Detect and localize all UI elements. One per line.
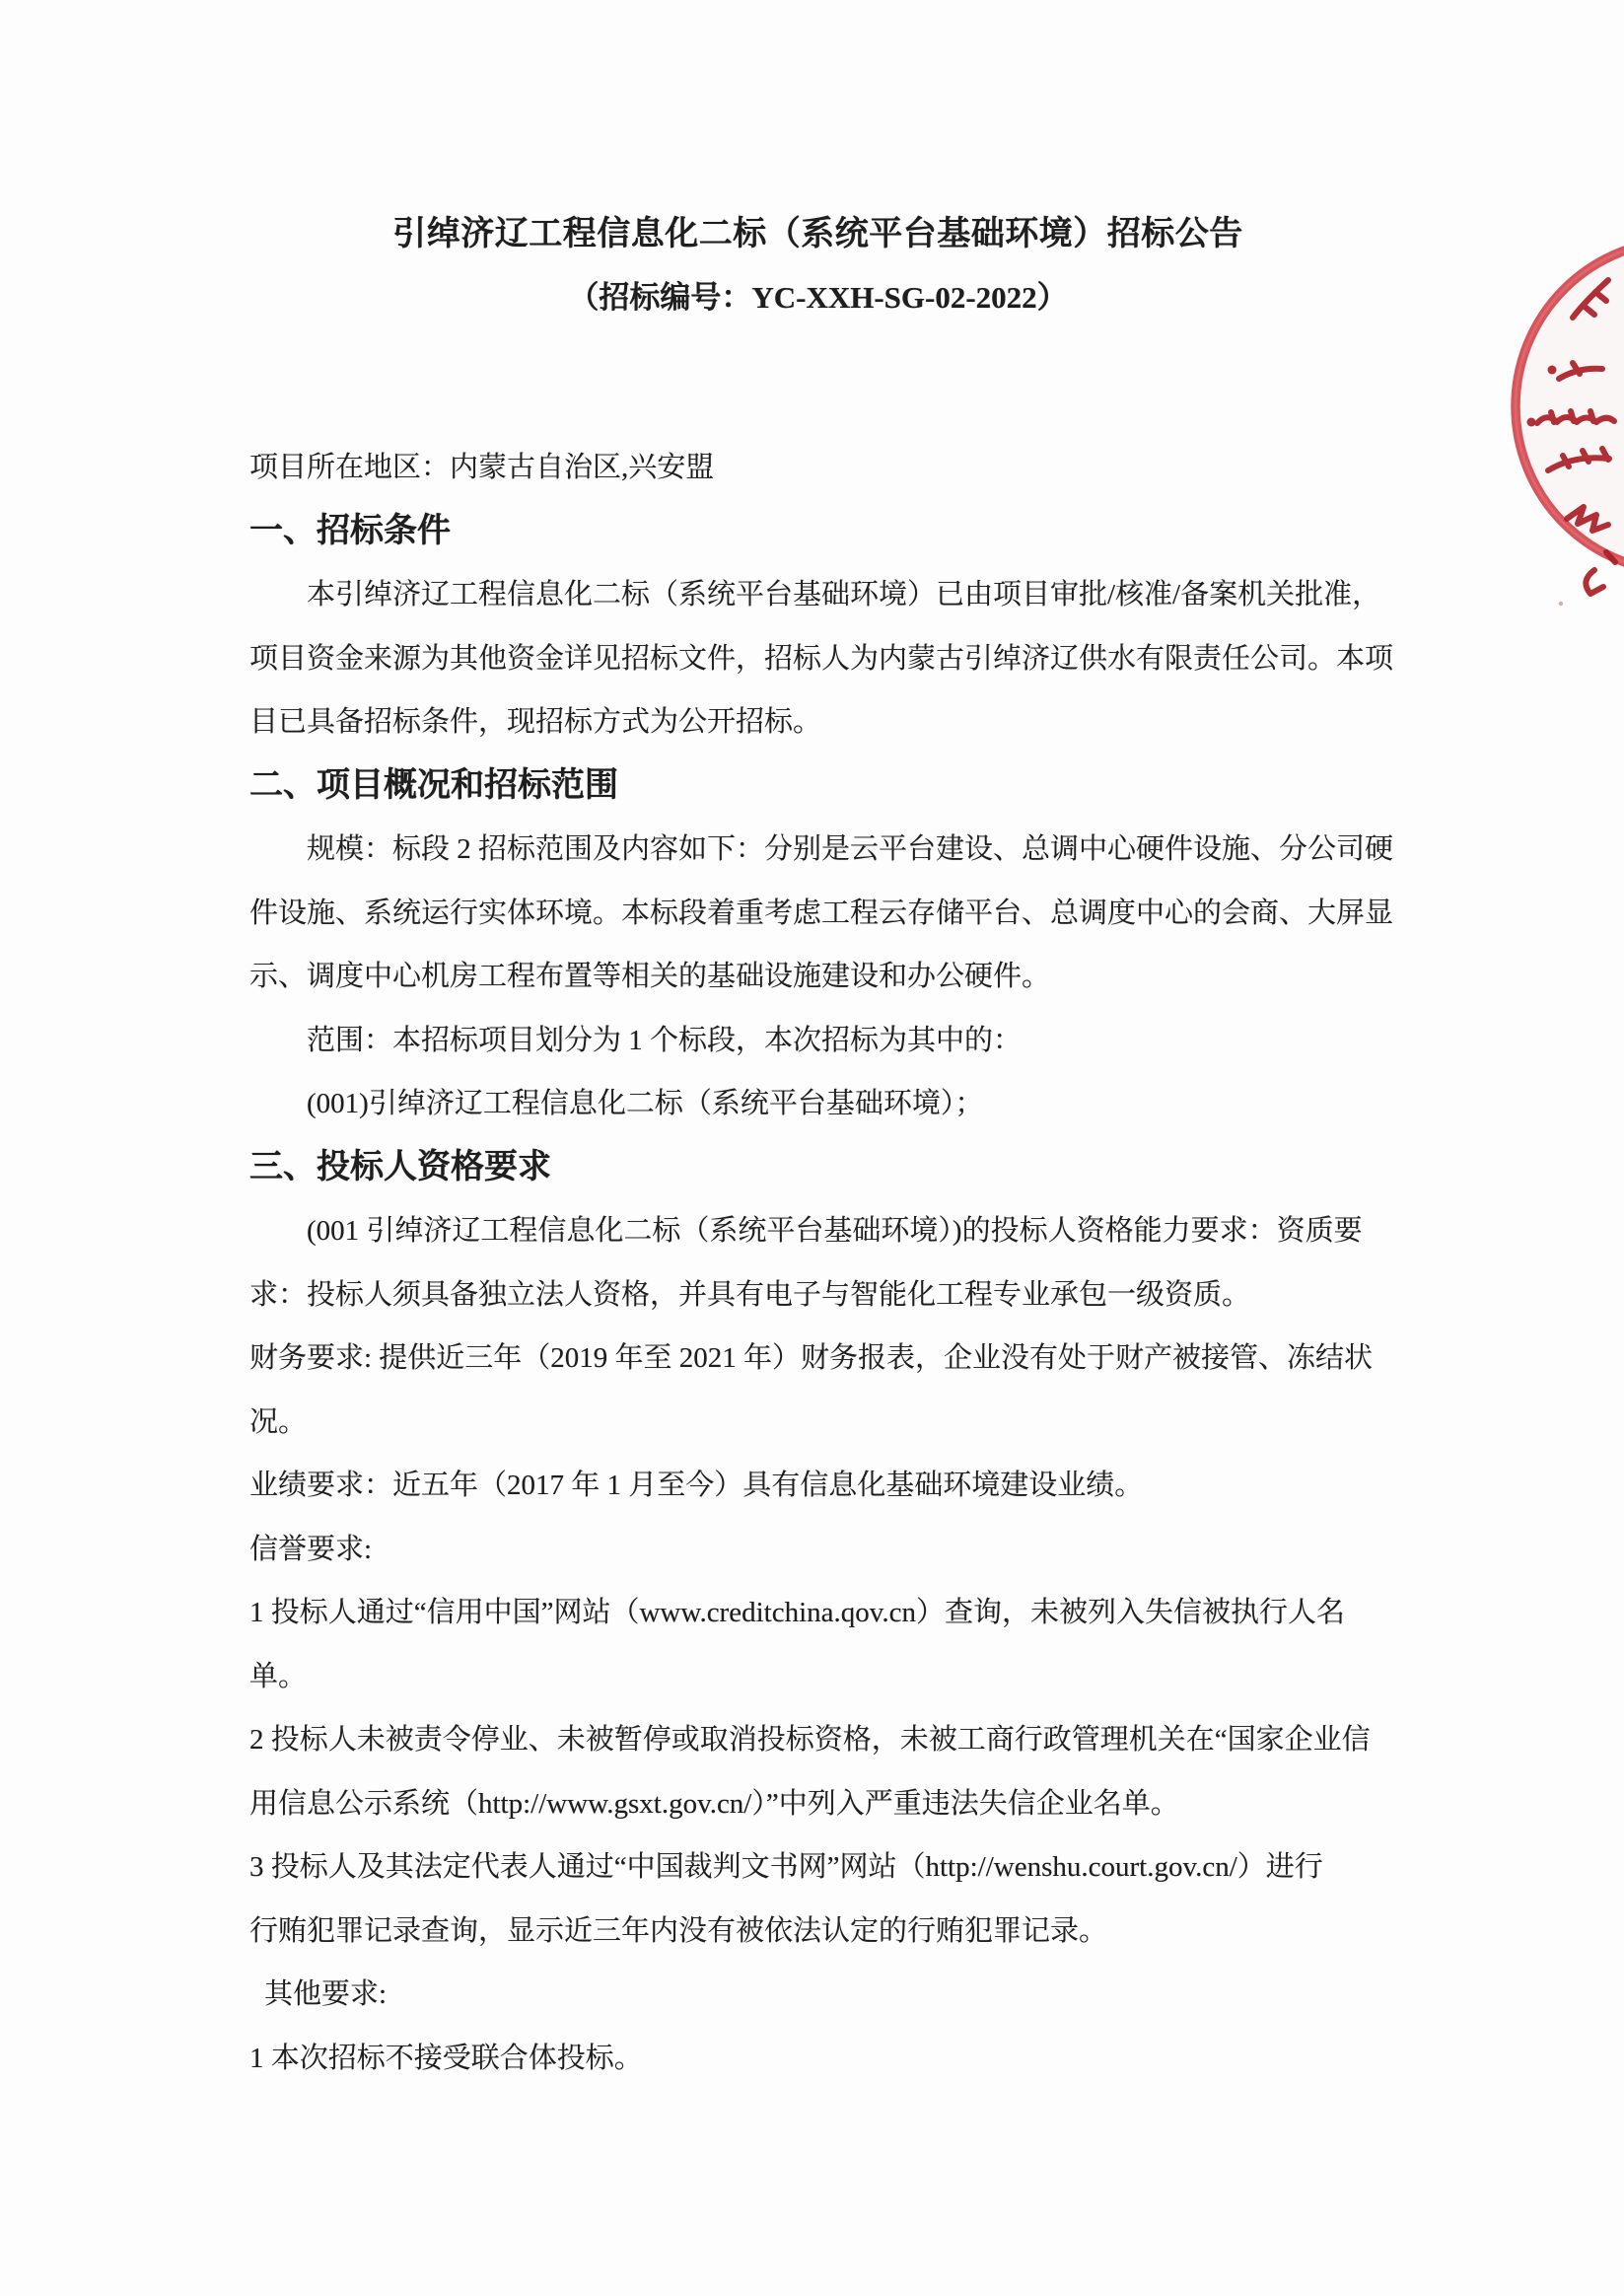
spacer bbox=[249, 329, 1386, 436]
paragraph-line: 况。 bbox=[249, 1391, 1386, 1455]
credit-requirement-label: 信誉要求: bbox=[249, 1518, 1386, 1582]
project-location-line: 项目所在地区：内蒙古自治区,兴安盟 bbox=[249, 436, 1386, 500]
section-heading-2: 二、项目概况和招标范围 bbox=[249, 754, 1386, 819]
paragraph-line: 求：投标人须具备独立法人资格，并具有电子与智能化工程专业承包一级资质。 bbox=[249, 1263, 1386, 1327]
paragraph-line: 单。 bbox=[249, 1645, 1386, 1709]
performance-requirement-line: 业绩要求：近五年（2017 年 1 月至今）具有信息化基础环境建设业绩。 bbox=[249, 1454, 1386, 1518]
paragraph-line: 规模：标段 2 招标范围及内容如下：分别是云平台建设、总调中心硬件设施、分公司硬 bbox=[249, 818, 1386, 882]
section-heading-3: 三、投标人资格要求 bbox=[249, 1136, 1386, 1200]
paragraph-line: 行贿犯罪记录查询，显示近三年内没有被依法认定的行贿犯罪记录。 bbox=[249, 1900, 1386, 1964]
paragraph-line: 本引绰济辽工程信息化二标（系统平台基础环境）已由项目审批/核准/备案机关批准， bbox=[249, 563, 1386, 627]
page-title: 引绰济辽工程信息化二标（系统平台基础环境）招标公告 bbox=[249, 203, 1386, 266]
paragraph-line: 示、调度中心机房工程布置等相关的基础设施建设和办公硬件。 bbox=[249, 945, 1386, 1009]
paragraph-line: (001 引绰济辽工程信息化二标（系统平台基础环境）)的投标人资格能力要求：资质… bbox=[249, 1199, 1386, 1263]
credit-item-2-line: 2 投标人未被责令停业、未被暂停或取消投标资格，未被工商行政管理机关在“国家企业… bbox=[249, 1708, 1386, 1772]
document-page: 引绰济辽工程信息化二标（系统平台基础环境）招标公告 （招标编号：YC-XXH-S… bbox=[0, 0, 1624, 2296]
finance-requirement-line: 财务要求: 提供近三年（2019 年至 2021 年）财务报表，企业没有处于财产… bbox=[249, 1327, 1386, 1391]
paragraph-line: 用信息公示系统（http://www.gsxt.gov.cn/）”中列入严重违法… bbox=[249, 1772, 1386, 1836]
credit-item-3-line: 3 投标人及其法定代表人通过“中国裁判文书网”网站（http://wenshu.… bbox=[249, 1835, 1386, 1900]
other-requirement-label: 其他要求: bbox=[249, 1963, 1386, 2027]
paragraph-line: 范围：本招标项目划分为 1 个标段，本次招标为其中的： bbox=[249, 1009, 1386, 1073]
tender-number: （招标编号：YC-XXH-SG-02-2022） bbox=[249, 266, 1386, 329]
paragraph-line: 件设施、系统运行实体环境。本标段着重考虑工程云存储平台、总调度中心的会商、大屏显 bbox=[249, 882, 1386, 946]
paragraph-line: 目已具备招标条件，现招标方式为公开招标。 bbox=[249, 690, 1386, 754]
paragraph-line: 项目资金来源为其他资金详见招标文件，招标人为内蒙古引绰济辽供水有限责任公司。本项 bbox=[249, 627, 1386, 691]
document-content: 引绰济辽工程信息化二标（系统平台基础环境）招标公告 （招标编号：YC-XXH-S… bbox=[249, 0, 1386, 2090]
official-red-seal-icon bbox=[1456, 219, 1624, 613]
credit-item-1-line: 1 投标人通过“信用中国”网站（www.creditchina.qov.cn）查… bbox=[249, 1581, 1386, 1645]
paragraph-line: 1 本次招标不接受联合体投标。 bbox=[249, 2027, 1386, 2091]
section-heading-1: 一、招标条件 bbox=[249, 500, 1386, 564]
lot-001-line: (001)引绰济辽工程信息化二标（系统平台基础环境）； bbox=[249, 1072, 1386, 1136]
